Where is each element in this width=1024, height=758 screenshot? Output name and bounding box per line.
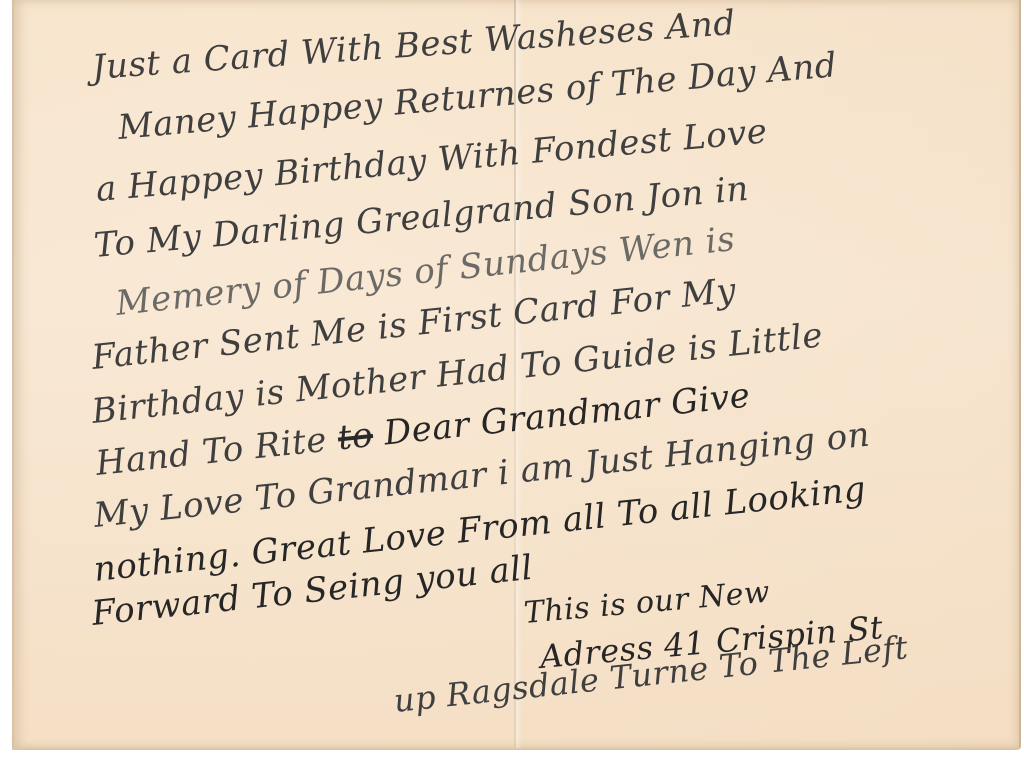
crossed-out-word: to: [336, 415, 375, 458]
